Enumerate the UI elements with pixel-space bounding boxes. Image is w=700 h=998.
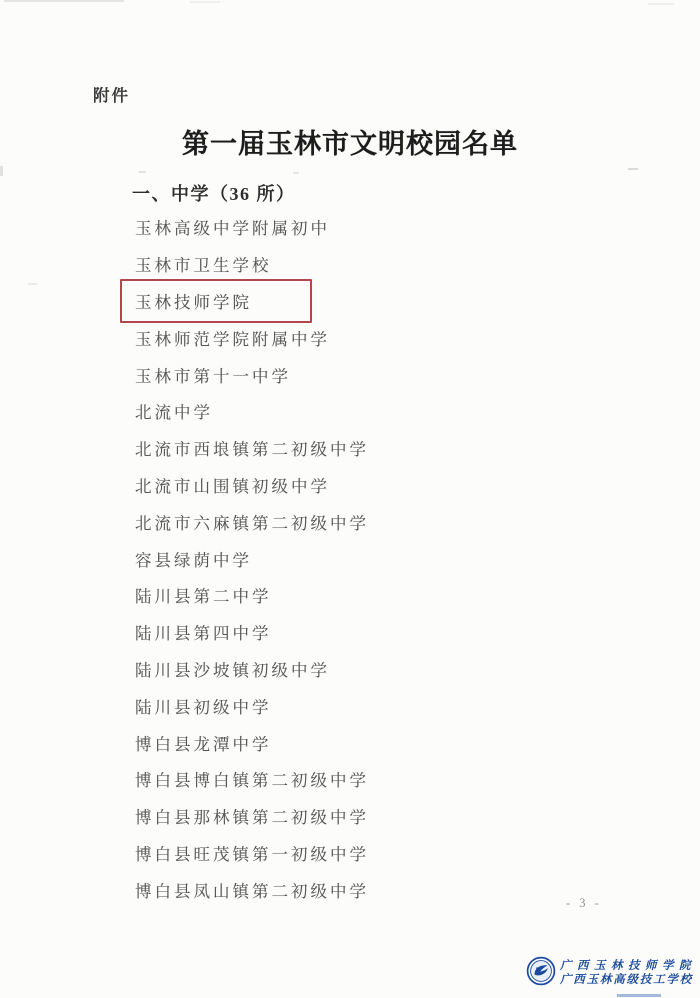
school-name: 博白县那林镇第二初级中学 <box>135 804 369 828</box>
school-list-item: 玉林市第十一中学 <box>135 356 670 393</box>
school-list-item-highlighted: 玉林技师学院 <box>135 283 670 320</box>
school-name: 博白县凤山镇第二初级中学 <box>135 878 369 902</box>
school-list-item: 玉林高级中学附属初中 <box>135 209 670 246</box>
scan-artifact <box>190 1 220 3</box>
school-name: 陆川县沙坡镇初级中学 <box>135 657 330 681</box>
school-name: 博白县龙潭中学 <box>135 731 272 755</box>
scan-artifact <box>617 994 661 997</box>
school-name: 北流市六麻镇第二初级中学 <box>135 510 369 534</box>
scan-artifact <box>648 3 674 5</box>
school-list-item: 北流市山围镇初级中学 <box>135 467 670 504</box>
school-name: 博白县旺茂镇第一初级中学 <box>135 841 369 865</box>
school-logo-watermark: 广西玉林技师学院 广西玉林高级技工学校 <box>526 956 696 991</box>
school-name: 博白县博白镇第二初级中学 <box>135 767 369 791</box>
scan-artifact <box>628 168 638 170</box>
scan-artifact <box>4 0 124 2</box>
school-name: 陆川县第二中学 <box>135 583 272 607</box>
school-list-item: 陆川县初级中学 <box>135 687 670 724</box>
school-name: 玉林市第十一中学 <box>135 363 291 387</box>
school-name: 玉林高级中学附属初中 <box>135 215 330 239</box>
page-title: 第一届玉林市文明校园名单 <box>0 122 700 161</box>
school-list-item: 博白县旺茂镇第一初级中学 <box>135 835 670 872</box>
attachment-label: 附件 <box>93 82 130 106</box>
scan-artifact <box>139 171 146 173</box>
school-list-item: 容县绿荫中学 <box>135 540 670 577</box>
school-name: 容县绿荫中学 <box>135 547 252 571</box>
school-logo-text: 广西玉林技师学院 广西玉林高级技工学校 <box>560 960 696 988</box>
school-logo-line1: 广西玉林技师学院 <box>560 960 696 974</box>
scanned-document-page: 附件 第一届玉林市文明校园名单 一、中学（36 所） 玉林高级中学附属初中 玉林… <box>0 0 700 998</box>
scan-artifact <box>28 283 37 285</box>
school-list-item: 北流市六麻镇第二初级中学 <box>135 503 670 540</box>
school-name: 北流中学 <box>135 399 213 423</box>
school-list-item: 博白县龙潭中学 <box>135 724 670 761</box>
section-heading: 一、中学（36 所） <box>132 180 296 206</box>
school-emblem-icon <box>526 956 556 991</box>
school-list-item: 陆川县沙坡镇初级中学 <box>135 651 670 688</box>
school-list-item: 博白县那林镇第二初级中学 <box>135 798 670 835</box>
school-list-item: 博白县博白镇第二初级中学 <box>135 761 670 798</box>
school-list-item: 北流中学 <box>135 393 670 430</box>
school-name: 北流市西埌镇第二初级中学 <box>135 436 369 460</box>
school-name: 北流市山围镇初级中学 <box>135 473 330 497</box>
school-logo-line2: 广西玉林高级技工学校 <box>560 974 696 988</box>
school-list-item: 玉林师范学院附属中学 <box>135 319 670 356</box>
school-name: 陆川县第四中学 <box>135 620 272 644</box>
school-name: 玉林市卫生学校 <box>135 252 272 276</box>
school-name: 陆川县初级中学 <box>135 694 272 718</box>
school-list-item: 玉林市卫生学校 <box>135 246 670 283</box>
scan-artifact <box>293 172 299 174</box>
school-list-item: 陆川县第四中学 <box>135 614 670 651</box>
page-number: - 3 - <box>566 896 602 911</box>
school-list-item: 陆川县第二中学 <box>135 577 670 614</box>
school-name: 玉林师范学院附属中学 <box>135 326 330 350</box>
school-list: 玉林高级中学附属初中 玉林市卫生学校 玉林技师学院 玉林师范学院附属中学 玉林市… <box>135 209 670 908</box>
scan-artifact <box>0 166 3 176</box>
school-name-highlighted: 玉林技师学院 <box>120 279 312 323</box>
school-list-item: 北流市西埌镇第二初级中学 <box>135 430 670 467</box>
